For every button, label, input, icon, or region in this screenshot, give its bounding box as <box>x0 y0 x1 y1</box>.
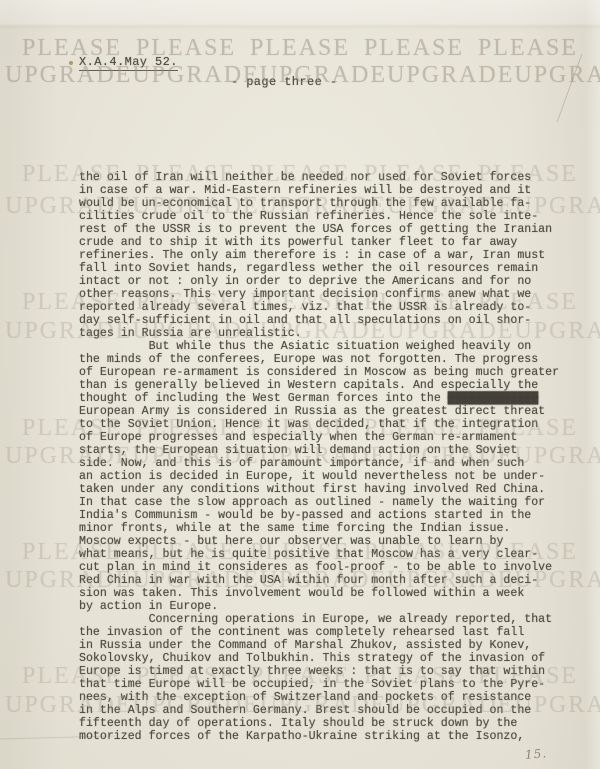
watermark-word: UPGRADE <box>387 63 514 87</box>
document-body: the oil of Iran will neither be needed n… <box>79 171 559 743</box>
paper-crease <box>557 54 583 122</box>
watermark-word: PLEASE <box>250 36 350 60</box>
obliterated-word: █████████████ <box>448 392 538 405</box>
page-label: - page three - <box>231 75 337 89</box>
paragraph-european-rearmament: But while thus the Asiatic situation wei… <box>79 340 559 613</box>
watermark-word: PLEASE <box>364 36 464 60</box>
watermark-word: UPGRADE <box>514 63 600 87</box>
paragraph-2-text-continued: European Army is considered in Russia as… <box>79 405 552 613</box>
document-reference: X.A.4.May 52. <box>79 55 178 71</box>
paragraph-oil-of-iran: the oil of Iran will neither be needed n… <box>79 171 559 340</box>
document-page: PLEASEPLEASEPLEASEPLEASEPLEASEPLEASEPLEA… <box>0 0 600 769</box>
watermark-word: PLEASE <box>478 36 578 60</box>
ink-speck <box>69 61 73 65</box>
page-number: 15. <box>524 746 547 762</box>
paragraph-operations-in-europe: Concerning operations in Europe, we alre… <box>79 613 559 743</box>
